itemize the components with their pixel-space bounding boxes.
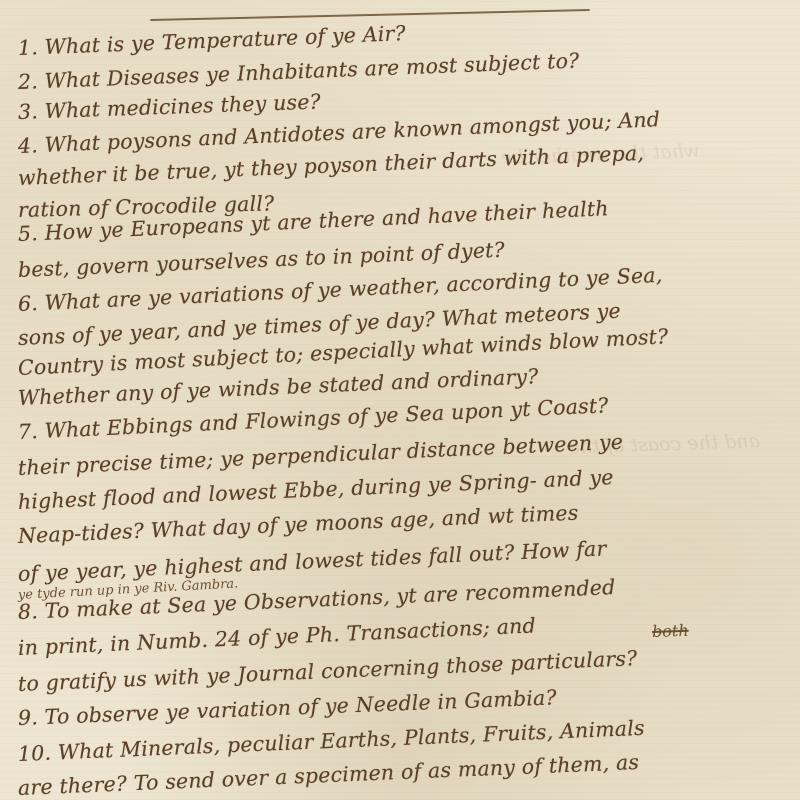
top-rule-line — [150, 9, 590, 21]
manuscript-line-1: 1. What is ye Temperature of ye Air? — [18, 21, 407, 60]
manuscript-line-3: 3. What medicines they use? — [18, 89, 322, 124]
struck-through-word: both — [652, 621, 689, 641]
manuscript-page: what the weather be and the coast of the… — [0, 0, 800, 800]
